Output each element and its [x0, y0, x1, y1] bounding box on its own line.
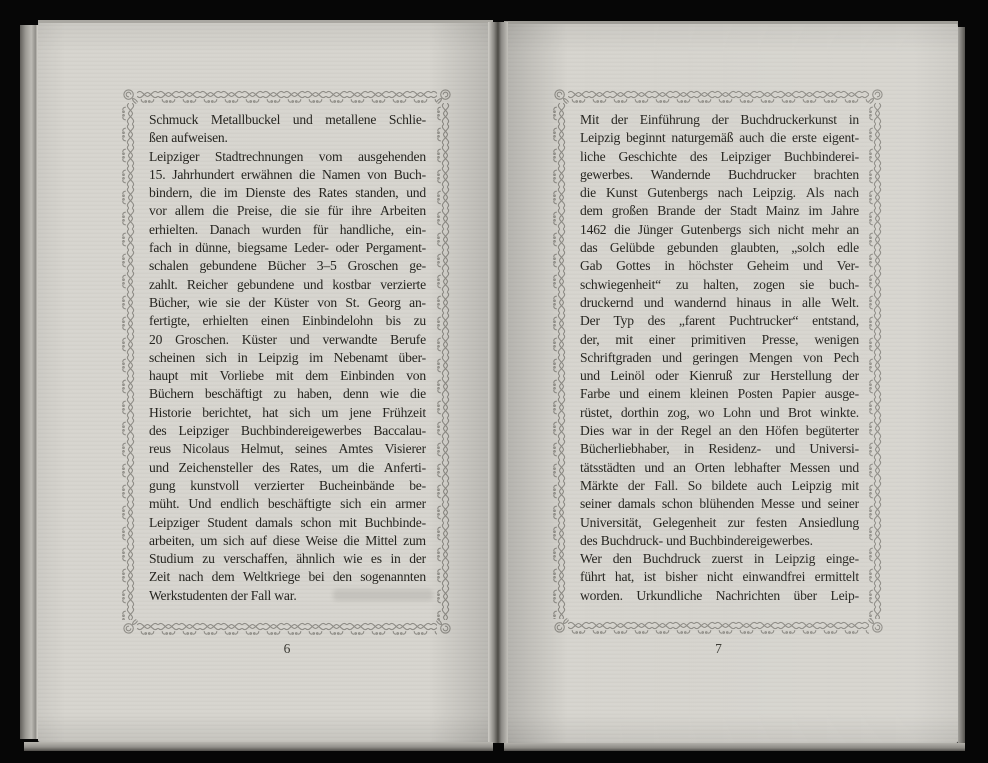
text-line: dieKunstGutenbergsnachLeipzig.Alsnach	[580, 184, 859, 202]
text-line: vorallemdiePreise,diesiefürihreArbeiten	[149, 202, 426, 220]
text-line: SchmuckMetallbuckelundmetalleneSchlie-	[149, 111, 426, 129]
text-line: Leipzigbeginntnaturgemäßauchdieersteeige…	[580, 129, 859, 147]
spiral-fleuron-icon	[868, 618, 884, 634]
page-number-left: 6	[122, 641, 452, 657]
text-line: undZeichenstellerdesRates,umdieAnferti-	[149, 459, 426, 477]
text-line: licheGeschichtedesLeipzigerBuchbinderei-	[580, 148, 859, 166]
left-page-text: SchmuckMetallbuckelundmetalleneSchlie-ße…	[149, 111, 426, 605]
fleuron-chain-icon	[137, 88, 437, 103]
spiral-fleuron-icon	[868, 88, 884, 104]
text-line: desLeipzigerBuchbindereigewerbesBaccalau…	[149, 422, 426, 440]
text-line: dasGelübdegebundenglaubten,„solchedle	[580, 239, 859, 257]
book-photo: SchmuckMetallbuckelundmetalleneSchlie-ße…	[0, 0, 988, 763]
text-line: des Buchdruck- und Buchbindereigewerbes.	[580, 532, 859, 550]
text-line: GabGottesinhöchsterGeheimundVer-	[580, 257, 859, 275]
spiral-fleuron-icon	[436, 88, 452, 104]
text-line: tätsstädtenundanOrtenlebhafterMessenund	[580, 459, 859, 477]
text-line: scheinensichinLeipzigimNebenamtüber-	[149, 349, 426, 367]
text-line: DieswarinderRegelandenHöfenbegüterter	[580, 422, 859, 440]
text-line: demgroßenBrandederStadtMainzimJahre	[580, 202, 859, 220]
text-line: der,miteinerprimitivenPresse,wenigen	[580, 331, 859, 349]
text-line: 1462dieJüngerGutenbergssichnichtmehran	[580, 221, 859, 239]
text-line: schwiegenheit“zuhalten,zogensiebuch-	[580, 276, 859, 294]
book-gutter	[488, 22, 508, 743]
text-line: Historieberichtet,hatsichumjeneFrühzeit	[149, 404, 426, 422]
text-line: schalengebundeneBücher3–5Groschenge-	[149, 257, 426, 275]
fleuron-chain-icon	[122, 103, 137, 620]
text-line: WerdenBuchdruckzuerstinLeipzigeinge-	[580, 550, 859, 568]
right-page-text: MitderEinführungderBuchdruckerkunstinLei…	[580, 111, 859, 605]
text-line: rüstet,dorthinzog,woLohnundBrotwinkte.	[580, 404, 859, 422]
spiral-fleuron-icon	[553, 88, 569, 104]
text-line: hauptmitVorliebemitdemEinbindenvon	[149, 367, 426, 385]
text-line: undLeinöloderKienrußzurHerstellungder	[580, 367, 859, 385]
text-line: MitderEinführungderBuchdruckerkunstin	[580, 111, 859, 129]
text-line: FarbeundeinemkleinenPostenPapierausge-	[580, 385, 859, 403]
text-line: DerTypdes„farentPuchtrucker“entstand,	[580, 312, 859, 330]
text-line: Bücherliebhaber,inResidenz-undUniversi-	[580, 440, 859, 458]
text-line: erhielten.Danachwurdenfürhandliche,ein-	[149, 221, 426, 239]
page-number-right: 7	[553, 641, 884, 657]
left-page: SchmuckMetallbuckelundmetalleneSchlie-ße…	[38, 23, 493, 742]
text-line: SchriftgradenundgeringenMengenvonPech	[580, 349, 859, 367]
fleuron-chain-icon	[137, 620, 437, 635]
fleuron-chain-icon	[437, 103, 452, 620]
spiral-fleuron-icon	[122, 619, 138, 635]
fleuron-chain-icon	[869, 103, 884, 619]
text-line: LeipzigerStadtrechnungenvomausgehenden	[149, 148, 426, 166]
text-line: 15.JahrhunderterwähnendieNamenvonBuch-	[149, 166, 426, 184]
spiral-fleuron-icon	[553, 618, 569, 634]
left-page-bottom-edge	[24, 742, 493, 751]
text-line: bindern,dieimDienstedesRatesstanden,und	[149, 184, 426, 202]
text-line: MärktederFall.SobildeteauchLeipzigmit	[580, 477, 859, 495]
text-line: Universität,GelegenheitzurfestenAnsiedlu…	[580, 514, 859, 532]
text-line: führthat,istbishernichteinwandfreiermitt…	[580, 568, 859, 586]
text-line: ZeitnachdemWeltkriegebeidensogenannten	[149, 568, 426, 586]
right-page-bottom-edge	[504, 743, 965, 751]
fleuron-chain-icon	[553, 103, 568, 619]
text-line: Studiumzuverschaffen,ähnlichwieesinder	[149, 550, 426, 568]
text-line: arbeiten,umsichaufdieseWeisedieMittelzum	[149, 532, 426, 550]
text-line: 20Groschen.KüsterundverwandteBerufe	[149, 331, 426, 349]
text-line: zahlt.Reichergebundeneundkostbarverziert…	[149, 276, 426, 294]
text-line: fertigte,erhielteneinenEinbindelohnbiszu	[149, 312, 426, 330]
text-line: Büchernbeschäftigtzuhaben,dennwiedie	[149, 385, 426, 403]
fleuron-chain-icon	[568, 88, 869, 103]
text-line: druckerndundwanderndhinausinalleWelt.	[580, 294, 859, 312]
right-page-side-edge	[958, 27, 965, 743]
text-line: reusNicolausHelmut,seinesAmtesVisierer	[149, 440, 426, 458]
text-line: worden.UrkundlicheNachrichtenüberLeip-	[580, 587, 859, 605]
spiral-fleuron-icon	[122, 88, 138, 104]
right-page: MitderEinführungderBuchdruckerkunstinLei…	[504, 24, 958, 743]
text-line: gewerbes.WanderndeBuchdruckerbrachten	[580, 166, 859, 184]
text-line: gungkunstvollverzierterBucheinbändebe-	[149, 477, 426, 495]
text-line: seinerdamalsschonblühendenMesseundseiner	[580, 495, 859, 513]
left-page-edge-stack	[20, 25, 39, 739]
text-line: müht.Undendlichbeschäftigtesicheinarmer	[149, 495, 426, 513]
text-line: Bücher,wiesiederKüstervonSt.Georgan-	[149, 294, 426, 312]
text-line: ßen aufweisen.	[149, 129, 426, 147]
text-line: LeipzigerStudentdamalsschonmitBuchbinde-	[149, 514, 426, 532]
spiral-fleuron-icon	[436, 619, 452, 635]
fleuron-chain-icon	[568, 619, 869, 634]
text-line: fachindünne,biegsameLeder-oderPergament-	[149, 239, 426, 257]
show-through-smudge	[333, 589, 433, 601]
